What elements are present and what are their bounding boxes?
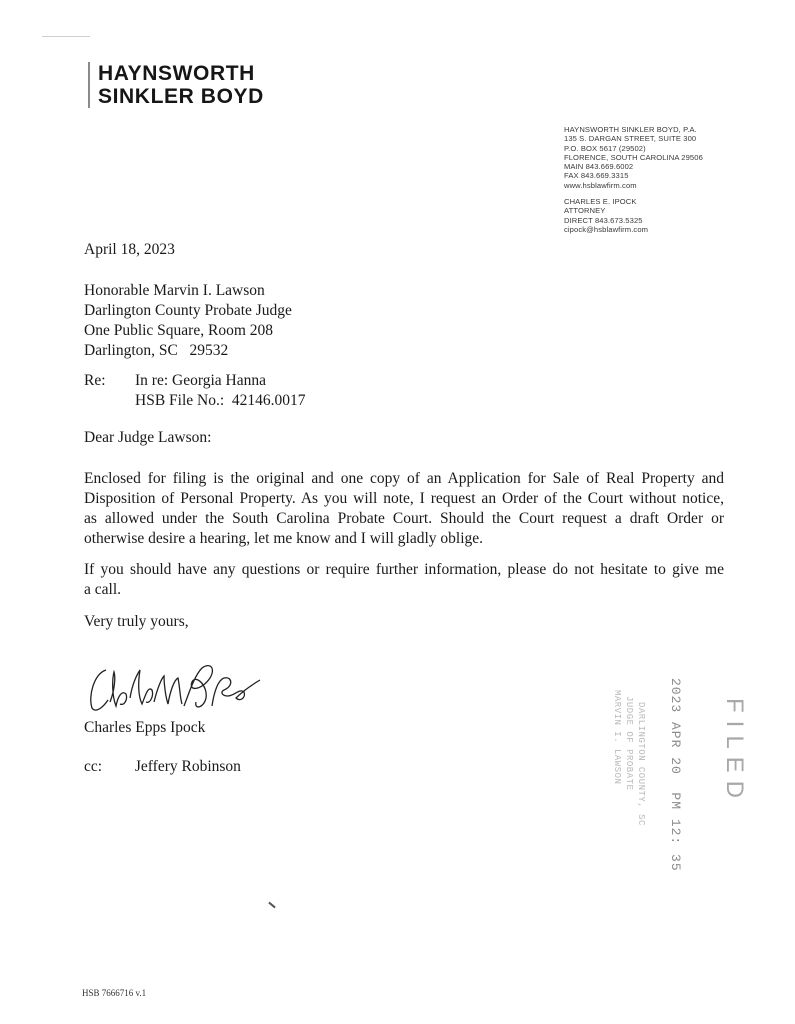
firm-city: FLORENCE, SOUTH CAROLINA 29506 [564,153,703,162]
recipient-line: Darlington, SC 29532 [84,341,292,361]
stamp-court-line: MARVIN I. LAWSON [612,690,622,784]
body-line: as allowed under the South Carolina Prob… [84,509,724,529]
re-file-number: HSB File No.: 42146.0017 [135,391,306,411]
body-line: otherwise desire a hearing, let me know … [84,529,724,549]
firm-street: 135 S. DARGAN STREET, SUITE 300 [564,134,703,143]
handwritten-signature [84,656,264,718]
firm-main-phone: MAIN 843.669.6002 [564,162,703,171]
cc-label: cc: [84,757,131,777]
stray-mark [268,902,275,909]
attorney-direct-phone: DIRECT 843.673.5325 [564,216,703,225]
recipient-line: One Public Square, Room 208 [84,321,292,341]
re-line: In re: Georgia Hanna [135,371,266,391]
scan-artifact [42,36,90,37]
logo-line-1: HAYNSWORTH [98,62,264,85]
stamp-court-line: DARLINGTON COUNTY, SC [636,702,646,826]
attorney-email[interactable]: cipock@hsblawfirm.com [564,225,703,234]
body-line: a call. [84,580,724,600]
firm-website[interactable]: www.hsblawfirm.com [564,181,703,190]
cc-recipient: Jeffery Robinson [135,758,241,775]
letter-date: April 18, 2023 [84,240,175,260]
filed-stamp: MARVIN I. LAWSON JUDGE OF PROBATE DARLIN… [612,672,762,842]
firm-fax: FAX 843.669.3315 [564,171,703,180]
body-paragraph-1: Enclosed for filing is the original and … [84,469,724,549]
recipient-line: Honorable Marvin I. Lawson [84,281,292,301]
recipient-address: Honorable Marvin I. Lawson Darlington Co… [84,281,292,361]
logo-line-2: SINKLER BOYD [98,85,264,108]
stamp-filed-label: FILED [720,698,748,806]
signer-name: Charles Epps Ipock [84,718,205,738]
firm-name: HAYNSWORTH SINKLER BOYD, P.A. [564,125,703,134]
carbon-copy: cc: Jeffery Robinson [84,757,241,777]
stamp-datetime: 2023 APR 20 PM 12: 35 [668,678,683,872]
recipient-line: Darlington County Probate Judge [84,301,292,321]
firm-logo: HAYNSWORTH SINKLER BOYD [88,62,264,108]
attorney-title: ATTORNEY [564,206,703,215]
document-id: HSB 7666716 v.1 [82,988,146,998]
subject-reference: Re: In re: Georgia Hanna HSB File No.: 4… [84,371,306,411]
salutation: Dear Judge Lawson: [84,428,211,448]
body-line: Disposition of Personal Property. As you… [84,489,724,509]
firm-po-box: P.O. BOX 5617 (29502) [564,144,703,153]
stamp-court-line: JUDGE OF PROBATE [624,696,634,790]
closing: Very truly yours, [84,612,189,632]
body-paragraph-2: If you should have any questions or requ… [84,560,724,600]
firm-contact-block: HAYNSWORTH SINKLER BOYD, P.A. 135 S. DAR… [564,125,703,234]
body-line: If you should have any questions or requ… [84,560,724,580]
re-label: Re: [84,371,135,391]
body-line: Enclosed for filing is the original and … [84,469,724,489]
attorney-name: CHARLES E. IPOCK [564,197,703,206]
